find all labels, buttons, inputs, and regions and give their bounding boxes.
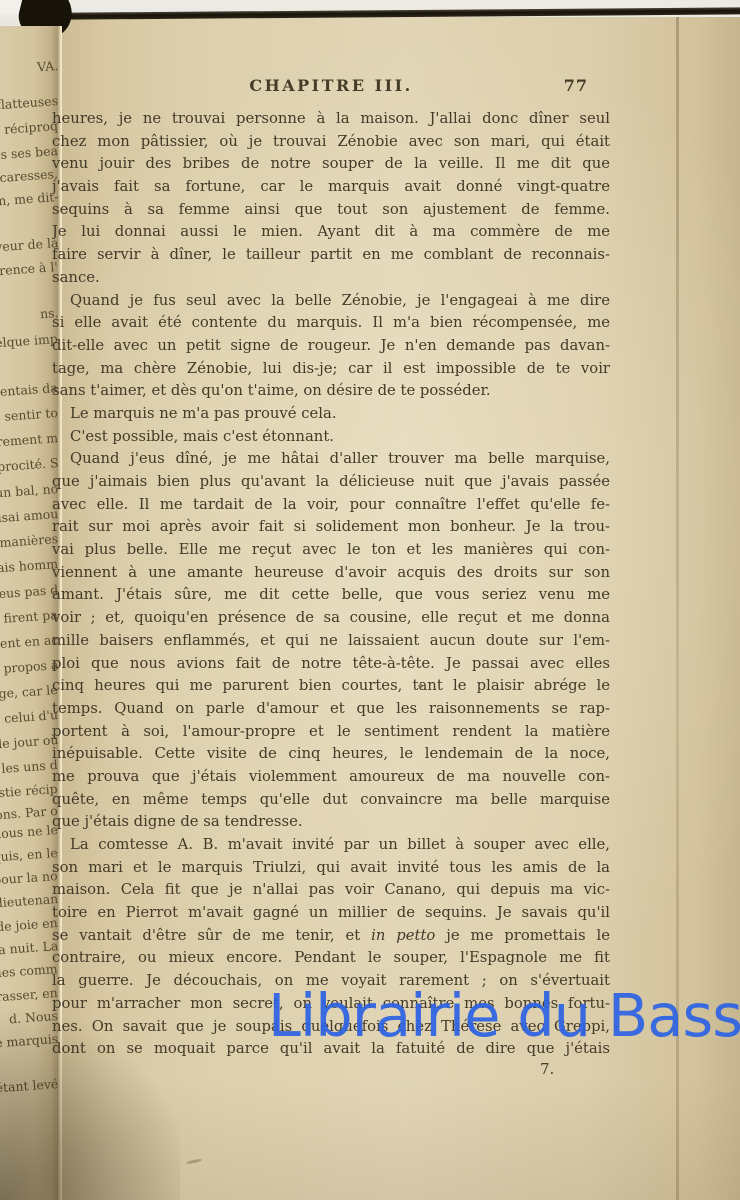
text-line: inépuisable. Cette visite de cinq heures… — [52, 743, 610, 766]
facing-page-text-fragment: ur celui d'u — [0, 707, 59, 727]
facing-page-text-fragment: nous ne le — [0, 822, 59, 841]
facing-page-text-fragment: tes ses bea — [0, 143, 59, 163]
page-bottom-shade — [40, 1080, 740, 1200]
facing-page-text-fragment: n réciproq — [0, 118, 59, 138]
facing-page-text-fragment: cun bal, no — [0, 481, 59, 501]
text-line: amant. J'étais sûre, me dit cette belle,… — [52, 584, 610, 607]
facing-page-text-fragment: faveur de la — [0, 235, 59, 255]
text-line: que j'étais digne de sa tendresse. — [52, 811, 610, 834]
text-line: La comtesse A. B. m'avait invité par un … — [52, 834, 610, 857]
chapter-title: CHAPITRE III. — [52, 76, 610, 95]
facing-page-text-fragment: Le lieutenan — [0, 891, 59, 911]
text-line: voir ; et, quoiqu'en présence de sa cous… — [52, 607, 610, 630]
facing-page-text-fragment: in, me dit- — [0, 189, 59, 208]
text-line: temps. Quand on parle d'amour et que les… — [52, 698, 610, 721]
facing-page-text-fragment: 'étant levé — [0, 1076, 59, 1096]
facing-page-text-fragment: n'eus pas d — [0, 582, 59, 602]
text-line: son mari et le marquis Triulzi, qui avai… — [52, 857, 610, 880]
facing-page-text-fragment: ment en ac — [0, 632, 59, 652]
facing-page-text-fragment: roles comm — [0, 961, 59, 981]
facing-page-text-fragment: de propos a — [0, 657, 59, 677]
facing-page-text-fragment: pour la no — [0, 868, 59, 887]
text-line: sans t'aimer, et dès qu'on t'aime, on dé… — [52, 380, 610, 403]
facing-page-text-fragment: mais homm — [0, 556, 59, 576]
bookseller-watermark: Librairie du Bass — [268, 981, 740, 1050]
facing-page-text-fragment: VA. — [36, 58, 58, 74]
text-line: Quand j'eus dîné, je me hâtai d'aller tr… — [52, 448, 610, 471]
facing-page-text-fragment: s caresses, — [0, 166, 59, 186]
text-line: tage, ma chère Zénobie, lui dis-je; car … — [52, 358, 610, 381]
facing-page-text-fragment: férence à l' — [0, 259, 59, 279]
text-line: sance. — [52, 267, 610, 290]
text-line: me prouva que j'étais violemment amoureu… — [52, 766, 610, 789]
text-line: C'est possible, mais c'est étonnant. — [52, 426, 610, 449]
text-line: rait sur moi après avoir fait si solidem… — [52, 516, 610, 539]
facing-page-text-fragment: quelque imp — [0, 331, 59, 351]
text-line: chez mon pâtissier, où je trouvai Zénobi… — [52, 131, 610, 154]
facing-page-text-fragment: e firent pa — [0, 607, 59, 627]
facing-page-text-fragment: la nuit. La — [0, 938, 59, 957]
facing-page-text-fragment: baisai amou — [0, 506, 59, 526]
text-line: Quand je fus seul avec la belle Zénobie,… — [52, 290, 610, 313]
paper-speck — [418, 684, 423, 688]
text-line: contraire, ou mieux encore. Pendant le s… — [52, 947, 610, 970]
facing-page-text-fragment: e manières — [0, 531, 59, 551]
text-line: quête, en même temps qu'elle dut convain… — [52, 789, 610, 812]
text-line: avec elle. Il me tardait de la voir, pou… — [52, 494, 610, 517]
facing-page-text-fragment: de joie en — [0, 915, 59, 934]
text-line: j'avais fait sa fortune, car le marquis … — [52, 176, 610, 199]
text-line: mille baisers enflammés, et qui ne laiss… — [52, 630, 610, 653]
text-line: que j'aimais bien plus qu'avant la délic… — [52, 471, 610, 494]
text-line: maison. Cela fit que je n'allai pas voir… — [52, 879, 610, 902]
page-number: 77 — [564, 76, 588, 95]
text-line: si elle avait été contente du marquis. I… — [52, 312, 610, 335]
text-line: Le marquis ne m'a pas prouvé cela. — [52, 403, 610, 426]
text-line: sequins à sa femme ainsi que tout son aj… — [52, 199, 610, 222]
text-line: ploi que nous avions fait de notre tête-… — [52, 653, 610, 676]
text-line: dit-elle avec un petit signe de rougeur.… — [52, 335, 610, 358]
text-line: Je lui donnai aussi le mien. Ayant dit à… — [52, 221, 610, 244]
text-line: viennent à une amante heureuse d'avoir a… — [52, 562, 610, 585]
body-text: heures, je ne trouvai personne à la mais… — [52, 108, 610, 1061]
book-photo: VA.s flatteusesn réciproqtes ses beas ca… — [0, 0, 740, 1200]
facing-page-text-fragment: is sentir to — [0, 405, 59, 425]
text-line: se vantait d'être sûr de me tenir, et in… — [52, 925, 610, 948]
facing-page-text-fragment: er les uns d — [0, 757, 59, 777]
text-line: cinq heures qui me parurent bien courtes… — [52, 675, 610, 698]
facing-page-text-fragment: ions. Par o — [0, 803, 59, 823]
facing-page-text-fragment: arquis, en le — [0, 845, 59, 865]
facing-page-text-fragment: estie récip — [0, 781, 59, 801]
facing-page-text-fragment: brasser, en — [0, 985, 59, 1005]
facing-page-text-fragment: le jour où — [0, 732, 59, 751]
text-line: heures, je ne trouvai personne à la mais… — [52, 108, 610, 131]
facing-page-text-fragment: ciprocité. S — [0, 455, 59, 475]
page-header: CHAPITRE III. 77 — [52, 76, 610, 98]
text-line: toire en Pierrot m'avait gagné un millie… — [52, 902, 610, 925]
text-line: vai plus belle. Elle me reçut avec le to… — [52, 539, 610, 562]
facing-page-text-fragment: s flatteuses — [0, 93, 59, 113]
text-line: portent à soi, l'amour-propre et le sent… — [52, 721, 610, 744]
facing-page-text-fragment: ésentais da — [0, 380, 59, 400]
facing-page-text-fragment: le marquis — [0, 1031, 59, 1051]
facing-page-text-fragment: age, car le — [0, 682, 59, 702]
text-line: venu jouir des bribes de notre souper de… — [52, 153, 610, 176]
text-line: faire servir à dîner, le tailleur partit… — [52, 244, 610, 267]
facing-page-text-fragment: rarement m — [0, 430, 59, 450]
